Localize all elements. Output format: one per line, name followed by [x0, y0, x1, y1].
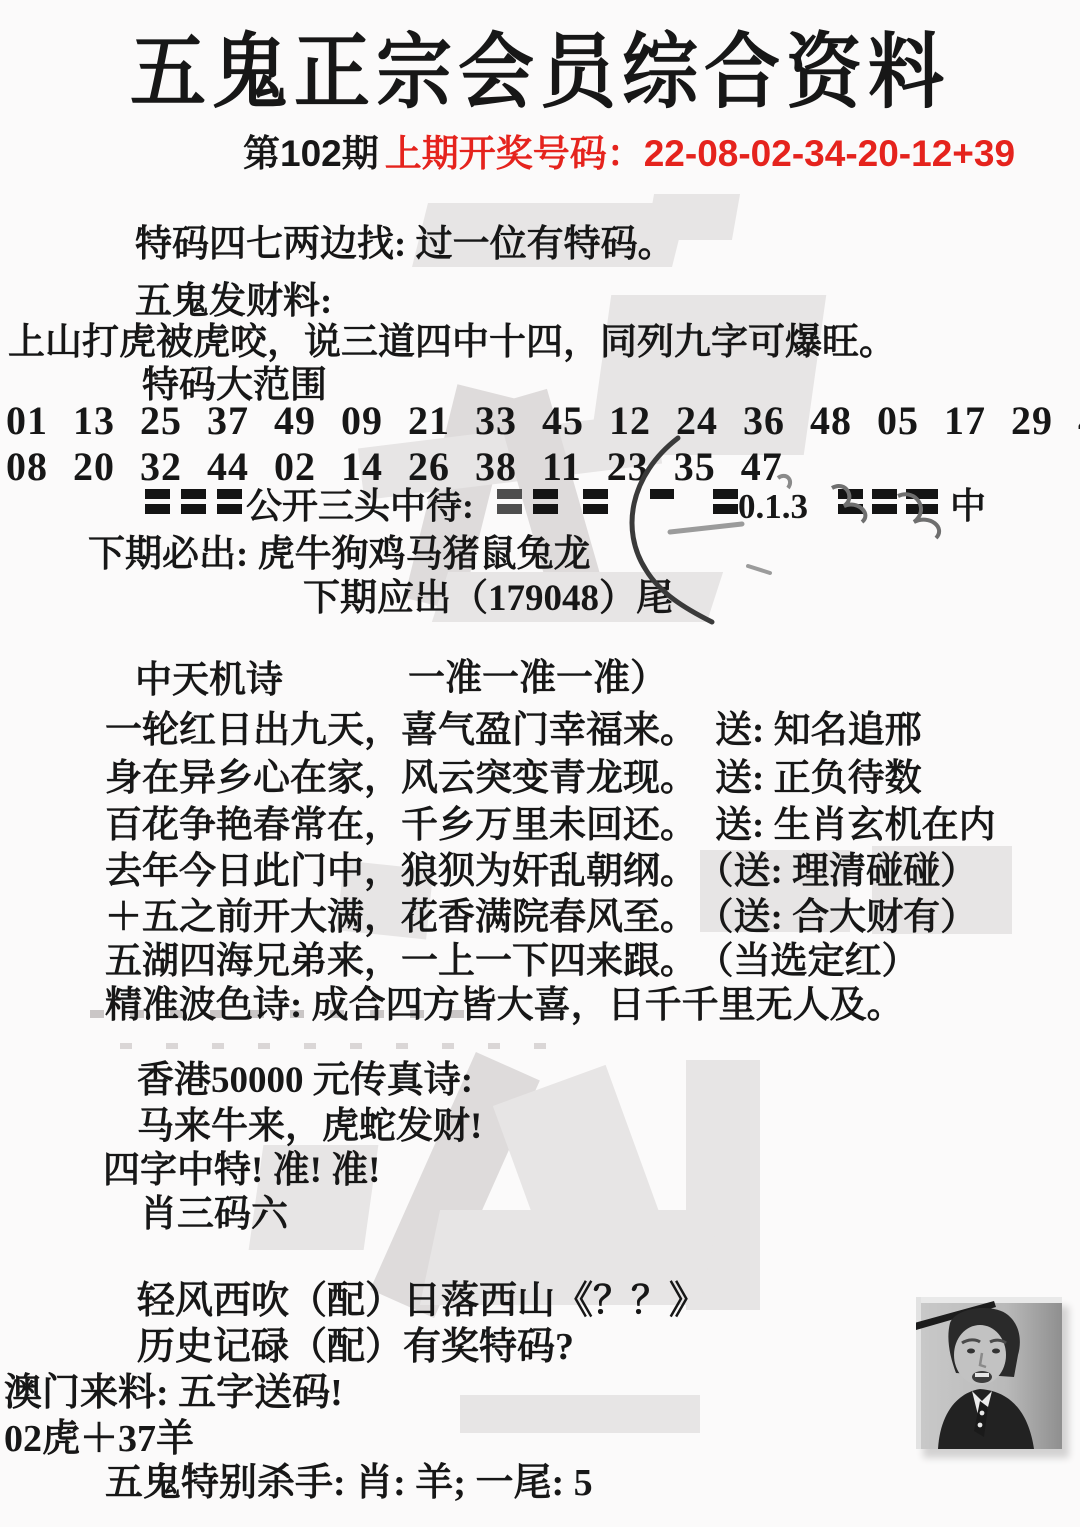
poem-verse: 五湖四海兄弟来，一上一下四来跟。	[105, 941, 697, 982]
poem-verse: 身在异乡心在家，风云突变青龙现。	[105, 758, 697, 799]
redaction-block	[906, 489, 938, 514]
fax-title: 香港50000 元传真诗:	[137, 1060, 473, 1103]
pair-line-2: 历史记碌（配）有奖特码?	[137, 1326, 574, 1370]
fax-line-1: 马来牛来，虎蛇发财!	[137, 1106, 482, 1149]
redaction-block	[533, 489, 558, 514]
masked-line-label: 公开三头中待:	[246, 486, 474, 527]
poem-line: 五湖四海兄弟来，一上一下四来跟。（当选定红）	[105, 941, 919, 984]
masked-suffix: 中	[950, 486, 986, 527]
page-title: 五鬼正宗会员综合资料	[0, 6, 1080, 124]
redaction-block	[181, 489, 206, 514]
redaction-block	[713, 489, 738, 514]
issue-line: 第102期上期开奖号码：22-08-02-34-20-12+39	[243, 133, 1015, 176]
next-should-line: 下期应出（179048）尾	[303, 578, 673, 621]
redaction-block	[872, 489, 897, 514]
watermark-shape	[460, 1395, 700, 1433]
poem-verse: ＋五之前开大满，花香满院春风至。	[105, 897, 697, 938]
numbers-row-1: 01 13 25 37 49 09 21 33 45 12 24 36 48 0…	[6, 398, 1080, 444]
fax-line-2: 四字中特! 准! 准!	[103, 1150, 380, 1193]
fax-line-3: 肖三码六	[140, 1194, 288, 1237]
facai-label: 五鬼发财料:	[135, 281, 332, 324]
poem-line: 一轮红日出九天，喜气盈门幸福来。送: 知名追邢	[105, 710, 922, 753]
erased-text-remnant	[120, 1043, 580, 1049]
masked-code: 0.1.3	[738, 487, 808, 527]
poem-verse: 去年今日此门中，狼狈为奸乱朝纲。	[105, 851, 697, 892]
special-code-tip: 特码四七两边找: 过一位有特码。	[135, 224, 675, 267]
poem-verse: 一轮红日出九天，喜气盈门幸福来。	[105, 710, 697, 751]
killer-line: 五鬼特别杀手: 肖: 羊; 一尾: 5	[105, 1462, 593, 1506]
facai-verse: 上山打虎被虎咬，说三道四中十四，同列九字可爆旺。	[8, 322, 896, 365]
codes-line: 02虎＋37羊	[4, 1418, 194, 1462]
redaction-block	[145, 489, 170, 514]
redaction-block	[497, 489, 522, 514]
poem-line: 百花争艳春常在，千乡万里未回还。送: 生肖玄机在内	[105, 805, 996, 848]
last-draw-numbers: 上期开奖号码：22-08-02-34-20-12+39	[385, 133, 1015, 174]
numbers-row-2: 08 20 32 44 02 14 26 38 11 23 35 47	[6, 444, 783, 490]
redaction-block	[217, 489, 242, 514]
redaction-block	[583, 489, 608, 514]
poem-gift: （当选定红）	[715, 941, 919, 982]
pair-line-1: 轻风西吹（配）日落西山《？？》	[137, 1280, 707, 1324]
poem-line: 去年今日此门中，狼狈为奸乱朝纲。（送: 理清碰碰）	[105, 851, 977, 894]
poem-line: ＋五之前开大满，花香满院春风至。（送: 合大财有）	[105, 897, 977, 940]
poem-accuracy: 一准一准一准）	[408, 658, 667, 701]
poem-verse: 百花争艳春常在，千乡万里未回还。	[105, 805, 697, 846]
poem-title: 中天机诗	[135, 660, 283, 703]
poem-gift: （送: 理清碰碰）	[715, 851, 977, 892]
poem-gift: 送: 知名追邢	[715, 710, 922, 751]
poem-gift: 送: 正负待数	[715, 758, 922, 799]
wave-color-poem: 精准波色诗: 成合四方皆大喜，日千千里无人及。	[105, 985, 904, 1028]
redaction-halfbar	[650, 489, 674, 499]
macau-line: 澳门来料: 五字送码!	[4, 1372, 343, 1416]
poem-gift: （送: 合大财有）	[715, 897, 977, 938]
poem-gift: 送: 生肖玄机在内	[715, 805, 996, 846]
poem-line: 身在异乡心在家，风云突变青龙现。送: 正负待数	[105, 758, 922, 801]
redaction-block	[838, 489, 863, 514]
portrait-photo	[916, 1297, 1062, 1449]
issue-number: 第102期	[243, 133, 379, 174]
lottery-sheet: 五鬼正宗会员综合资料 第102期上期开奖号码：22-08-02-34-20-12…	[0, 0, 1080, 1527]
next-must-line: 下期必出: 虎牛狗鸡马猪鼠兔龙	[88, 534, 591, 577]
